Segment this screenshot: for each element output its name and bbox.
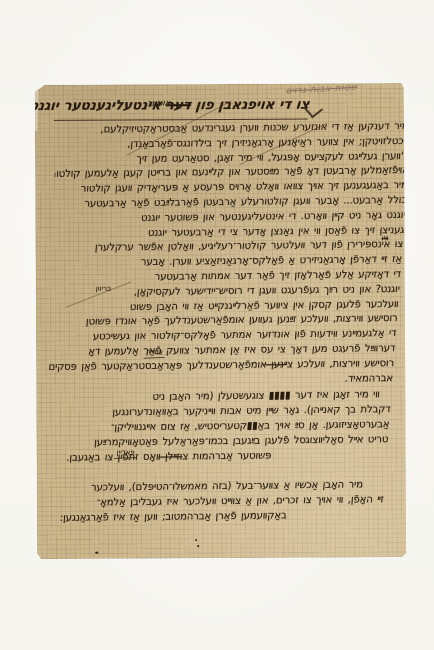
ink-speck [95,552,98,554]
pen-tick-stroke [304,109,320,121]
manuscript-heading: צו די אויפגאבן פון דעראונזער אינטעליגענט… [54,97,310,121]
paragraph-2: װי מיר זאָגן איז דער ▮▮▮▮ צוגעשטעלן (מיר… [32,388,392,466]
paragraph-3: מיר האָבן אַכשיו אַ צװער־בעל (בזה מאמשלו… [28,478,385,526]
interlinear-insert-word-struck: פאדיין [116,448,135,456]
crossed-out-note: שטות אבות גרױס [285,80,406,97]
handwritten-line: פּשוטער אַברהמות צ̶ו̶ז̶ײ̶ל̶ן̶ װאָס זתפֿי… [32,448,387,467]
heading-inserted-word: אונזער [147,98,171,107]
interlinear-insert-word-struck: צוזײלן [146,348,163,356]
margin-struck-word: װיו [381,234,389,242]
paragraph-1: (מיר דענקען אַז די אונזערע שכנות װערן גע… [38,120,412,391]
photo-backdrop: שטות אבות גרױס צו די אויפגאבן פון דעראונ… [0,0,434,650]
handwritten-line: באַקװעמען פֿאַרן אַברהמטוב; װען אַז איז … [28,508,383,527]
ink-dot [197,545,199,547]
heading-part2: אינטעליגענטער יוגנט. [23,97,162,114]
manuscript-page: שטות אבות גרױס צו די אויפגאבן פון דעראונ… [35,83,406,559]
ink-dot [195,539,197,541]
manuscript-body: (מיר דענקען אַז די אונזערע שכנות װערן גע… [26,120,413,556]
